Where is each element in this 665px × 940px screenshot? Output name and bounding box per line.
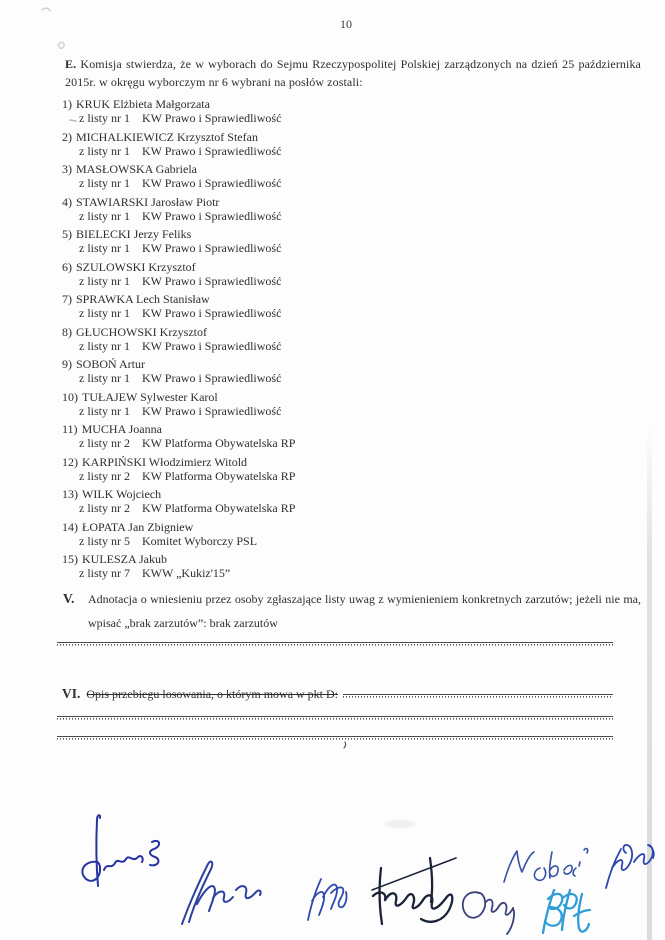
section-vi: VI. Opis przebiegu losowania, o którym m… bbox=[62, 686, 613, 702]
deputy-name-line: 5)BIELECKI Jerzy Feliks bbox=[62, 227, 582, 241]
deputy-name: STAWIARSKI Jarosław Piotr bbox=[76, 195, 219, 209]
deputy-list-line: z listy nr 1KW Prawo i Sprawiedliwość bbox=[62, 111, 582, 125]
deputy-name-line: 1)KRUK Elżbieta Małgorzata bbox=[62, 97, 582, 111]
section-v-line2: wpisać „brak zarzutów”: brak zarzutów bbox=[88, 615, 641, 631]
committee-name: KW Prawo i Sprawiedliwość bbox=[142, 111, 281, 125]
deputy-number: 9) bbox=[62, 357, 72, 371]
deputy-number: 10) bbox=[62, 390, 78, 404]
deputy-name-line: 3)MASŁOWSKA Gabriela bbox=[62, 162, 582, 176]
deputy-name-line: 9)SOBOŃ Artur bbox=[62, 357, 582, 371]
list-number: z listy nr 2 bbox=[79, 469, 130, 483]
list-number: z listy nr 2 bbox=[79, 501, 130, 515]
deputy-entry: 11)MUCHA Joanna z listy nr 2KW Platforma… bbox=[62, 422, 582, 450]
deputy-number: 13) bbox=[62, 487, 78, 501]
deputy-list-line: z listy nr 2KW Platforma Obywatelska RP bbox=[62, 469, 582, 483]
deputy-list-line: z listy nr 1KW Prawo i Sprawiedliwość bbox=[62, 339, 582, 353]
committee-name: KW Platforma Obywatelska RP bbox=[142, 469, 295, 483]
list-number: z listy nr 1 bbox=[79, 144, 130, 158]
deputy-name-line: 8)GŁUCHOWSKI Krzysztof bbox=[62, 325, 582, 339]
section-vi-struck-text: Opis przebiegu losowania, o którym mowa … bbox=[86, 686, 338, 702]
deputy-list-line: z listy nr 1KW Prawo i Sprawiedliwość bbox=[62, 209, 582, 223]
deputy-name: MASŁOWSKA Gabriela bbox=[76, 162, 197, 176]
list-number: z listy nr 5 bbox=[79, 534, 130, 548]
deputy-name-line: 10)TUŁAJEW Sylwester Karol bbox=[62, 390, 582, 404]
list-number: z listy nr 1 bbox=[79, 404, 130, 418]
deputy-entry: 10)TUŁAJEW Sylwester Karol z listy nr 1K… bbox=[62, 390, 582, 418]
deputy-number: 14) bbox=[62, 520, 78, 534]
deputy-name: WILK Wojciech bbox=[82, 487, 161, 501]
deputy-name: MICHALKIEWICZ Krzysztof Stefan bbox=[76, 130, 258, 144]
deputy-list-line: z listy nr 2KW Platforma Obywatelska RP bbox=[62, 436, 582, 450]
committee-name: KW Prawo i Sprawiedliwość bbox=[142, 306, 281, 320]
deputy-name: SPRAWKA Lech Stanisław bbox=[76, 292, 210, 306]
deputy-entry: 14)ŁOPATA Jan Zbigniew z listy nr 5Komit… bbox=[62, 520, 582, 548]
section-v-text: Adnotacja o wniesieniu przez osoby zgłas… bbox=[88, 591, 641, 631]
deputy-name: KRUK Elżbieta Małgorzata bbox=[76, 97, 210, 111]
committee-name: KW Platforma Obywatelska RP bbox=[142, 436, 295, 450]
scan-smudge bbox=[385, 820, 415, 828]
committee-name: KW Prawo i Sprawiedliwość bbox=[142, 339, 281, 353]
list-number: z listy nr 1 bbox=[79, 306, 130, 320]
deputy-number: 4) bbox=[62, 195, 72, 209]
dotted-rule-line bbox=[57, 716, 613, 720]
deputy-list-line: z listy nr 1KW Prawo i Sprawiedliwość bbox=[62, 274, 582, 288]
signature-2 bbox=[182, 862, 261, 924]
deputy-entry: 8)GŁUCHOWSKI Krzysztof z listy nr 1KW Pr… bbox=[62, 325, 582, 353]
deputy-entry: 9)SOBOŃ Artur z listy nr 1KW Prawo i Spr… bbox=[62, 357, 582, 385]
list-number: z listy nr 2 bbox=[79, 436, 130, 450]
committee-name: KW Prawo i Sprawiedliwość bbox=[142, 144, 281, 158]
signature-6 bbox=[504, 849, 588, 882]
deputy-number: 5) bbox=[62, 227, 72, 241]
list-number: z listy nr 1 bbox=[79, 176, 130, 190]
deputy-name-line: 12)KARPIŃSKI Włodzimierz Witold bbox=[62, 455, 582, 469]
deputy-entry: 3)MASŁOWSKA Gabriela z listy nr 1KW Praw… bbox=[62, 162, 582, 190]
section-vi-label: VI. bbox=[62, 686, 80, 702]
deputy-list-line: z listy nr 1KW Prawo i Sprawiedliwość bbox=[62, 144, 582, 158]
deputy-name-line: 7)SPRAWKA Lech Stanisław bbox=[62, 292, 582, 306]
deputy-name-line: 6)SZULOWSKI Krzysztof bbox=[62, 260, 582, 274]
deputy-name-line: 4)STAWIARSKI Jarosław Piotr bbox=[62, 195, 582, 209]
deputy-list-line: z listy nr 1KW Prawo i Sprawiedliwość bbox=[62, 306, 582, 320]
deputy-name: BIELECKI Jerzy Feliks bbox=[76, 227, 191, 241]
committee-name: KW Prawo i Sprawiedliwość bbox=[142, 274, 281, 288]
deputy-list-line: z listy nr 2KW Platforma Obywatelska RP bbox=[62, 501, 582, 515]
deputy-number: 2) bbox=[62, 130, 72, 144]
signature-3 bbox=[308, 879, 347, 920]
deputy-name: KULESZA Jakub bbox=[82, 552, 167, 566]
deputy-entry: 2)MICHALKIEWICZ Krzysztof Stefan z listy… bbox=[62, 130, 582, 158]
committee-name: KW Prawo i Sprawiedliwość bbox=[142, 176, 281, 190]
deputy-list-line: z listy nr 1KW Prawo i Sprawiedliwość bbox=[62, 241, 582, 255]
list-number: z listy nr 1 bbox=[79, 274, 130, 288]
list-number: z listy nr 1 bbox=[79, 339, 130, 353]
committee-name: KW Prawo i Sprawiedliwość bbox=[142, 209, 281, 223]
deputy-name: GŁUCHOWSKI Krzysztof bbox=[76, 325, 207, 339]
deputy-name: SOBOŃ Artur bbox=[76, 357, 145, 371]
list-number: z listy nr 1 bbox=[79, 241, 130, 255]
deputy-name-line: 15)KULESZA Jakub bbox=[62, 552, 582, 566]
signature-7 bbox=[543, 890, 590, 933]
section-e-text2: 2015r. w okręgu wyborczym nr 6 wybrani n… bbox=[65, 74, 641, 92]
section-v: V. Adnotacja o wniesieniu przez osoby zg… bbox=[63, 591, 641, 631]
section-e-line1: E. Komisja stwierdza, że w wyborach do S… bbox=[65, 56, 641, 74]
dotted-rule-line bbox=[57, 736, 613, 740]
deputy-number: 15) bbox=[62, 552, 78, 566]
deputy-entry: 1)KRUK Elżbieta Małgorzata z listy nr 1K… bbox=[62, 97, 582, 125]
deputy-name-line: 14)ŁOPATA Jan Zbigniew bbox=[62, 520, 582, 534]
deputy-number: 8) bbox=[62, 325, 72, 339]
deputy-list-line: z listy nr 1KW Prawo i Sprawiedliwość bbox=[62, 176, 582, 190]
deputy-name-line: 13)WILK Wojciech bbox=[62, 487, 582, 501]
dotted-fill-line bbox=[343, 694, 613, 698]
deputy-entry: 5)BIELECKI Jerzy Feliks z listy nr 1KW P… bbox=[62, 227, 582, 255]
signature-1 bbox=[82, 815, 159, 886]
committee-name: KW Prawo i Sprawiedliwość bbox=[142, 241, 281, 255]
deputy-list-line: z listy nr 1KW Prawo i Sprawiedliwość bbox=[62, 404, 582, 418]
deputy-entry: 13)WILK Wojciech z listy nr 2KW Platform… bbox=[62, 487, 582, 515]
list-number: z listy nr 1 bbox=[79, 111, 130, 125]
deputy-entry: 4)STAWIARSKI Jarosław Piotr z listy nr 1… bbox=[62, 195, 582, 223]
deputy-name: ŁOPATA Jan Zbigniew bbox=[82, 520, 193, 534]
deputy-list-line: z listy nr 1KW Prawo i Sprawiedliwość bbox=[62, 371, 582, 385]
committee-name: KW Prawo i Sprawiedliwość bbox=[142, 371, 281, 385]
deputy-name-line: 2)MICHALKIEWICZ Krzysztof Stefan bbox=[62, 130, 582, 144]
section-v-line1: Adnotacja o wniesieniu przez osoby zgłas… bbox=[88, 591, 641, 607]
deputy-entry: 12)KARPIŃSKI Włodzimierz Witold z listy … bbox=[62, 455, 582, 483]
section-v-label: V. bbox=[63, 591, 88, 631]
deputy-number: 1) bbox=[62, 97, 72, 111]
dotted-rule-line bbox=[57, 642, 613, 646]
pencil-mark bbox=[42, 8, 64, 48]
deputy-name: KARPIŃSKI Włodzimierz Witold bbox=[82, 455, 247, 469]
deputy-entry: 6)SZULOWSKI Krzysztof z listy nr 1KW Pra… bbox=[62, 260, 582, 288]
signature-4 bbox=[372, 858, 456, 924]
section-e: E. Komisja stwierdza, że w wyborach do S… bbox=[65, 56, 641, 91]
deputy-name: SZULOWSKI Krzysztof bbox=[76, 260, 196, 274]
committee-name: KW Prawo i Sprawiedliwość bbox=[142, 404, 281, 418]
deputy-number: 11) bbox=[62, 422, 78, 436]
deputy-name: MUCHA Joanna bbox=[82, 422, 162, 436]
committee-name: Komitet Wyborczy PSL bbox=[142, 534, 257, 548]
deputy-entry: 7)SPRAWKA Lech Stanisław z listy nr 1KW … bbox=[62, 292, 582, 320]
deputy-number: 12) bbox=[62, 455, 78, 469]
list-number: z listy nr 7 bbox=[79, 566, 130, 580]
page-number: 10 bbox=[330, 17, 362, 32]
scan-edge-shadow bbox=[647, 425, 652, 940]
section-e-text1: Komisja stwierdza, że w wyborach do Sejm… bbox=[80, 57, 641, 71]
committee-name: KW Platforma Obywatelska RP bbox=[142, 501, 295, 515]
deputy-list-line: z listy nr 5Komitet Wyborczy PSL bbox=[62, 534, 582, 548]
deputy-number: 7) bbox=[62, 292, 72, 306]
deputy-list-line: z listy nr 7KWW „Kukiz'15” bbox=[62, 566, 582, 580]
list-number: z listy nr 1 bbox=[79, 209, 130, 223]
deputy-name-line: 11)MUCHA Joanna bbox=[62, 422, 582, 436]
section-e-label: E. bbox=[65, 57, 76, 71]
committee-name: KWW „Kukiz'15” bbox=[142, 566, 230, 580]
list-number: z listy nr 1 bbox=[79, 371, 130, 385]
signature-5 bbox=[463, 892, 514, 934]
deputy-number: 3) bbox=[62, 162, 72, 176]
deputy-entry: 15)KULESZA Jakub z listy nr 7KWW „Kukiz'… bbox=[62, 552, 582, 580]
deputy-number: 6) bbox=[62, 260, 72, 274]
deputies-list: 1)KRUK Elżbieta Małgorzata z listy nr 1K… bbox=[62, 97, 582, 585]
deputy-name: TUŁAJEW Sylwester Karol bbox=[82, 390, 218, 404]
